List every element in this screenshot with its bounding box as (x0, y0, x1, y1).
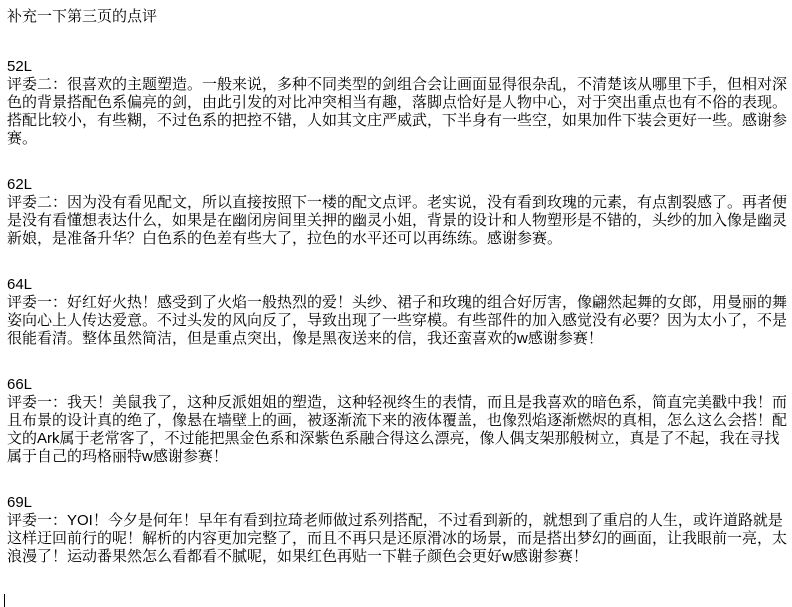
comment-section-69l: 69L 评委一：YOI！今夕是何年！早年有看到拉琦老师做过系列搭配，不过看到新的… (7, 494, 788, 566)
comment-section-66l: 66L 评委一：我天！美鼠我了，这种反派姐姐的塑造，这种轻视终生的表情，而且是我… (7, 376, 788, 466)
floor-label: 66L (7, 376, 788, 394)
floor-label: 62L (7, 176, 788, 194)
comment-section-52l: 52L 评委二：很喜欢的主题塑造。一般来说，多种不同类型的剑组合会让画面显得很杂… (7, 58, 788, 148)
document-title: 补充一下第三页的点评 (7, 8, 788, 26)
comment-text: 评委二：很喜欢的主题塑造。一般来说，多种不同类型的剑组合会让画面显得很杂乱，不清… (7, 76, 788, 148)
comment-text: 评委一：我天！美鼠我了，这种反派姐姐的塑造，这种轻视终生的表情，而且是我喜欢的暗… (7, 394, 788, 466)
comment-text: 评委一：好红好火热！感受到了火焰一般热烈的爱！头纱、裙子和玫瑰的组合好厉害，像翩… (7, 294, 788, 348)
floor-label: 69L (7, 494, 788, 512)
floor-label: 52L (7, 58, 788, 76)
text-editor-area[interactable]: 补充一下第三页的点评 52L 评委二：很喜欢的主题塑造。一般来说，多种不同类型的… (0, 0, 792, 607)
comment-section-62l: 62L 评委二：因为没有看见配文，所以直接按照下一楼的配文点评。老实说，没有看到… (7, 176, 788, 248)
floor-label: 64L (7, 276, 788, 294)
comment-section-64l: 64L 评委一：好红好火热！感受到了火焰一般热烈的爱！头纱、裙子和玫瑰的组合好厉… (7, 276, 788, 348)
text-cursor (4, 594, 5, 607)
comment-text: 评委一：YOI！今夕是何年！早年有看到拉琦老师做过系列搭配，不过看到新的，就想到… (7, 512, 788, 566)
comment-text: 评委二：因为没有看见配文，所以直接按照下一楼的配文点评。老实说，没有看到玫瑰的元… (7, 194, 788, 248)
